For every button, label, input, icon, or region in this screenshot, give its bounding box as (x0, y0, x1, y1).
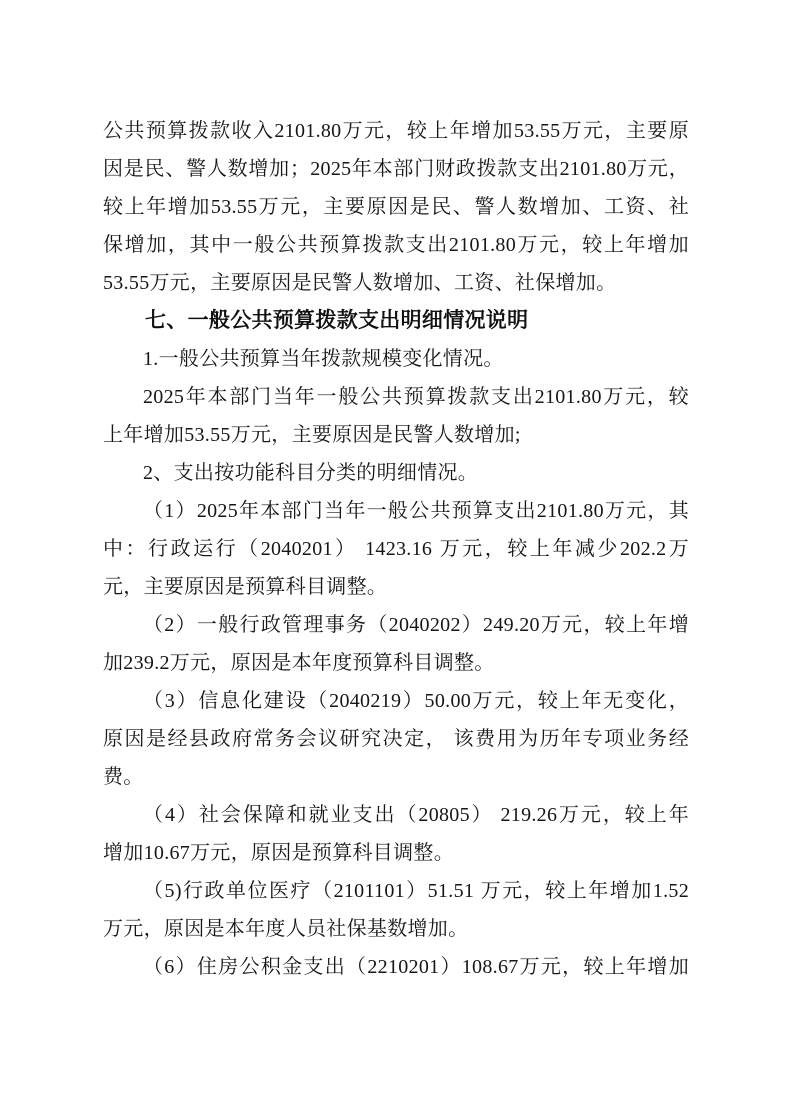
text-line: 53.55万元，主要原因是民警人数增加、工资、社保增加。 (103, 264, 689, 302)
text-line: 中：行政运行（2040201） 1423.16 万元，较上年减少202.2万 (103, 530, 689, 568)
paragraph: （6）住房公积金支出（2210201）108.67万元，较上年增加 (103, 948, 689, 986)
paragraph: （1）2025年本部门当年一般公共预算支出2101.80万元，其 中：行政运行（… (103, 492, 689, 606)
text-line: 1.一般公共预算当年拨款规模变化情况。 (103, 340, 689, 378)
paragraph: （4）社会保障和就业支出（20805） 219.26万元，较上年 增加10.67… (103, 796, 689, 872)
paragraph: 七、一般公共预算拨款支出明细情况说明 (103, 302, 689, 340)
section-heading: 七、一般公共预算拨款支出明细情况说明 (103, 302, 689, 340)
text-line: 万元，原因是本年度人员社保基数增加。 (103, 910, 689, 948)
text-line: 元，主要原因是预算科目调整。 (103, 568, 689, 606)
text-line: （3）信息化建设（2040219）50.00万元，较上年无变化， (103, 682, 689, 720)
paragraph: （5)行政单位医疗（2101101）51.51 万元，较上年增加1.52 万元，… (103, 872, 689, 948)
text-line: 上年增加53.55万元，主要原因是民警人数增加; (103, 416, 689, 454)
text-line: 公共预算拨款收入2101.80万元，较上年增加53.55万元，主要原 (103, 112, 689, 150)
text-line: （1）2025年本部门当年一般公共预算支出2101.80万元，其 (103, 492, 689, 530)
text-line: 保增加，其中一般公共预算拨款支出2101.80万元，较上年增加 (103, 226, 689, 264)
document-page: 公共预算拨款收入2101.80万元，较上年增加53.55万元，主要原 因是民、警… (0, 0, 792, 1120)
text-line: 加239.2万元，原因是本年度预算科目调整。 (103, 644, 689, 682)
text-line: （4）社会保障和就业支出（20805） 219.26万元，较上年 (103, 796, 689, 834)
paragraph: 1.一般公共预算当年拨款规模变化情况。 (103, 340, 689, 378)
paragraph: （3）信息化建设（2040219）50.00万元，较上年无变化， 原因是经县政府… (103, 682, 689, 796)
text-line: 原因是经县政府常务会议研究决定， 该费用为历年专项业务经 (103, 720, 689, 758)
paragraph: 公共预算拨款收入2101.80万元，较上年增加53.55万元，主要原 因是民、警… (103, 112, 689, 302)
text-line: 2025年本部门当年一般公共预算拨款支出2101.80万元，较 (103, 378, 689, 416)
paragraph: （2）一般行政管理事务（2040202）249.20万元，较上年增 加239.2… (103, 606, 689, 682)
text-line: 费。 (103, 758, 689, 796)
text-line: 较上年增加53.55万元，主要原因是民、警人数增加、工资、社 (103, 188, 689, 226)
text-line: （6）住房公积金支出（2210201）108.67万元，较上年增加 (103, 948, 689, 986)
text-line: 因是民、警人数增加；2025年本部门财政拨款支出2101.80万元， (103, 150, 689, 188)
text-line: 增加10.67万元，原因是预算科目调整。 (103, 834, 689, 872)
text-line: （5)行政单位医疗（2101101）51.51 万元，较上年增加1.52 (103, 872, 689, 910)
text-line: （2）一般行政管理事务（2040202）249.20万元，较上年增 (103, 606, 689, 644)
paragraph: 2025年本部门当年一般公共预算拨款支出2101.80万元，较 上年增加53.5… (103, 378, 689, 454)
paragraph: 2、支出按功能科目分类的明细情况。 (103, 454, 689, 492)
text-line: 2、支出按功能科目分类的明细情况。 (103, 454, 689, 492)
